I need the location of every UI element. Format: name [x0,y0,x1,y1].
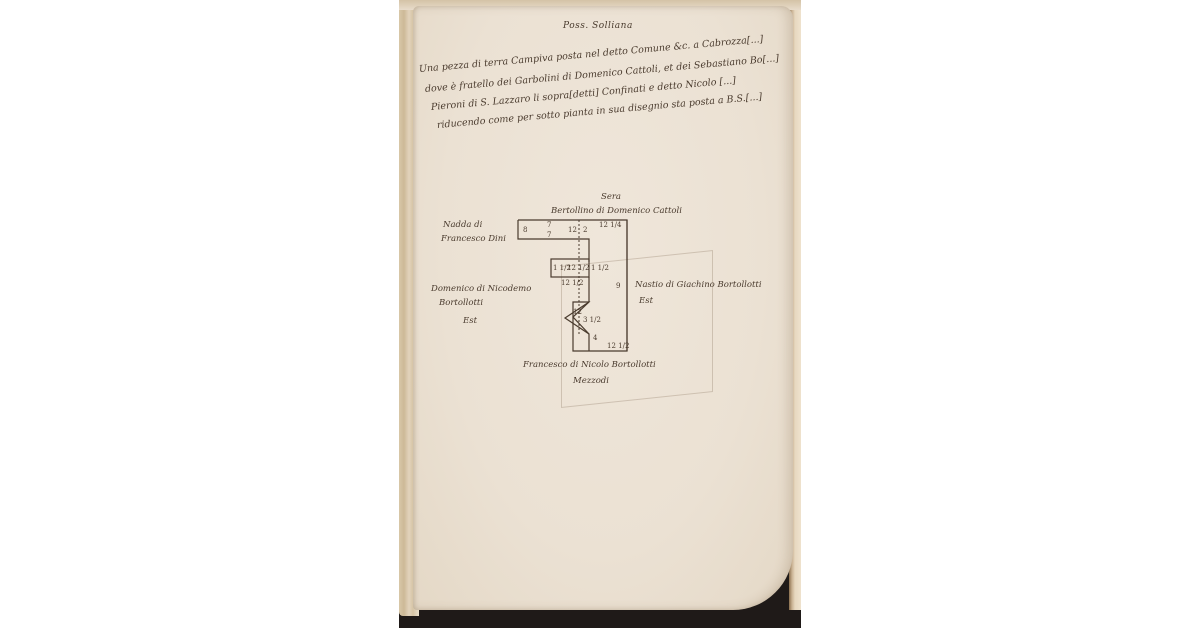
measure-top-arm-upper: 7 [547,221,551,229]
measure-bottom-right: 12 1/2 [607,342,629,350]
right-owner-line1: Nastio di Giachino Bortollotti [635,280,762,290]
left-lower-owner-line1: Domenico di Nicodemo [431,284,531,294]
left-upper-owner-line2: Francesco Dini [441,234,506,244]
bottom-owner-direction: Mezzodi [573,376,609,386]
measure-right-side: 9 [616,282,620,290]
manuscript-scan: Poss. Solliana Una pezza di terra Campiv… [399,0,801,628]
measure-box-edge: 1 1/2 [591,264,609,272]
measure-top-right: 12 1/4 [599,221,621,229]
bottom-owner-line1: Francesco di Nicolo Bortollotti [523,360,656,370]
measure-top-mid2: 2 [583,226,587,234]
top-owner-label: Bertollino di Domenico Cattoli [551,206,682,216]
measure-triangle-edge: 3 1/2 [583,316,601,324]
measure-triangle: 12 [573,308,582,316]
measure-box-right: 12 1/2 [567,264,589,272]
left-lower-owner-line2: Bortollotti [439,298,483,308]
north-label: Sera [601,192,621,202]
manuscript-page: Poss. Solliana Una pezza di terra Campiv… [413,6,793,610]
measure-bottom-left: 4 [593,334,597,342]
measure-top-left: 8 [523,226,527,234]
measure-top-arm-lower: 7 [547,231,551,239]
measure-top-mid: 12 [568,226,577,234]
left-upper-owner-line1: Nadda di [443,220,482,230]
measure-box-bottom: 12 1/2 [561,279,583,287]
property-plan-diagram [413,6,793,610]
left-lower-owner-direction: Est [463,316,477,326]
right-owner-direction: Est [639,296,653,306]
